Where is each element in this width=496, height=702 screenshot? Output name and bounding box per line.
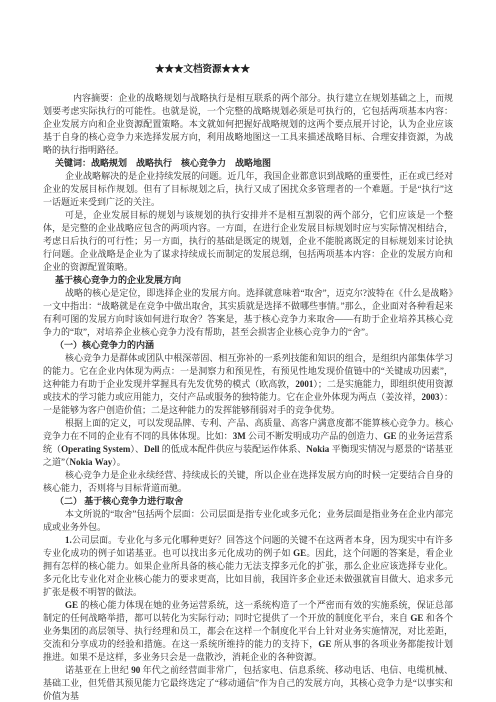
paragraph-8: 核心竞争力是群体或团队中根深蒂固、相互弥补的一系列技能和知识的组合，是组织内部集… bbox=[43, 352, 453, 417]
document-title: ★★★文档资源★★★ bbox=[155, 64, 453, 77]
latin-text: 2001 bbox=[295, 379, 313, 389]
latin-text: GE bbox=[384, 431, 397, 441]
document-body: 内容摘要：企业的战略规划与战略执行是相互联系的两个部分。执行建立在规划基础之上，… bbox=[43, 92, 453, 702]
paragraph-11: （二） 基于核心竞争力进行取舍 bbox=[43, 495, 453, 508]
document-content: ★★★文档资源★★★ 内容摘要：企业的战略规划与战略执行是相互联系的两个部分。执… bbox=[43, 64, 453, 702]
paragraph-13: 1.公司层面。专业化与多元化哪种更好？回答这个问题的关键不在这两者本身，因为现实… bbox=[43, 534, 453, 599]
latin-text: 1. bbox=[65, 535, 72, 545]
latin-text: GE bbox=[293, 548, 306, 558]
paragraph-14: GE 的核心能力体现在她的业务运营系统，这一系统构造了一个严密而有效的实施系统，… bbox=[43, 599, 453, 664]
paragraph-12: 本文所说的“取舍”包括两个层面：公司层面是指专业化或多元化；业务层面是指业务在企… bbox=[43, 508, 453, 534]
latin-text: Dell bbox=[144, 444, 160, 454]
paragraph-3: 企业战略解决的是企业持续发展的问题。近几年，我国企业都意识到战略的重要性，正在或… bbox=[43, 170, 453, 209]
latin-text: GE bbox=[65, 600, 78, 610]
latin-text: System bbox=[103, 444, 131, 454]
paragraph-10: 核心竞争力是企业永续经营、持续成长的关键，所以企业在选择发展方向的时候一定要结合… bbox=[43, 469, 453, 495]
latin-text: 3M bbox=[233, 431, 246, 441]
paragraph-6: 战略的核心是定位，即选择企业的发展方向。选择就意味着“取舍”，迈克尔?波特在《什… bbox=[43, 287, 453, 339]
paragraph-15: 诺基亚在上世纪 90 年代之前经营面非常广，包括家电、信息系统、移动电话、电信、… bbox=[43, 664, 453, 702]
paragraph-2: 关键词：战略规划 战略执行 核心竞争力 战略地图 bbox=[43, 157, 453, 170]
document-page: ★★★文档资源★★★ 内容摘要：企业的战略规划与战略执行是相互联系的两个部分。执… bbox=[0, 0, 496, 702]
paragraph-9: 根据上面的定义，可以发现品牌、专利、产品、高质量、高客户满意度都不能算核心竞争力… bbox=[43, 417, 453, 469]
latin-text: Nokia bbox=[306, 444, 329, 454]
latin-text: Nokia bbox=[70, 457, 93, 467]
paragraph-1: 内容摘要：企业的战略规划与战略执行是相互联系的两个部分。执行建立在规划基础之上，… bbox=[43, 92, 453, 157]
latin-text: 2003 bbox=[421, 392, 439, 402]
latin-text: 90 bbox=[131, 665, 140, 675]
latin-text: GE bbox=[318, 639, 331, 649]
latin-text: GE bbox=[410, 613, 423, 623]
latin-text: Way bbox=[95, 457, 113, 467]
paragraph-5: 基于核心竞争力的企业发展方向 bbox=[43, 274, 453, 287]
paragraph-7: （一）核心竞争力的内涵 bbox=[43, 339, 453, 352]
latin-text: Operating bbox=[61, 444, 101, 454]
paragraph-4: 可是，企业发展目标的规划与该规划的执行安排并不是相互割裂的两个部分，它们应该是一… bbox=[43, 209, 453, 274]
